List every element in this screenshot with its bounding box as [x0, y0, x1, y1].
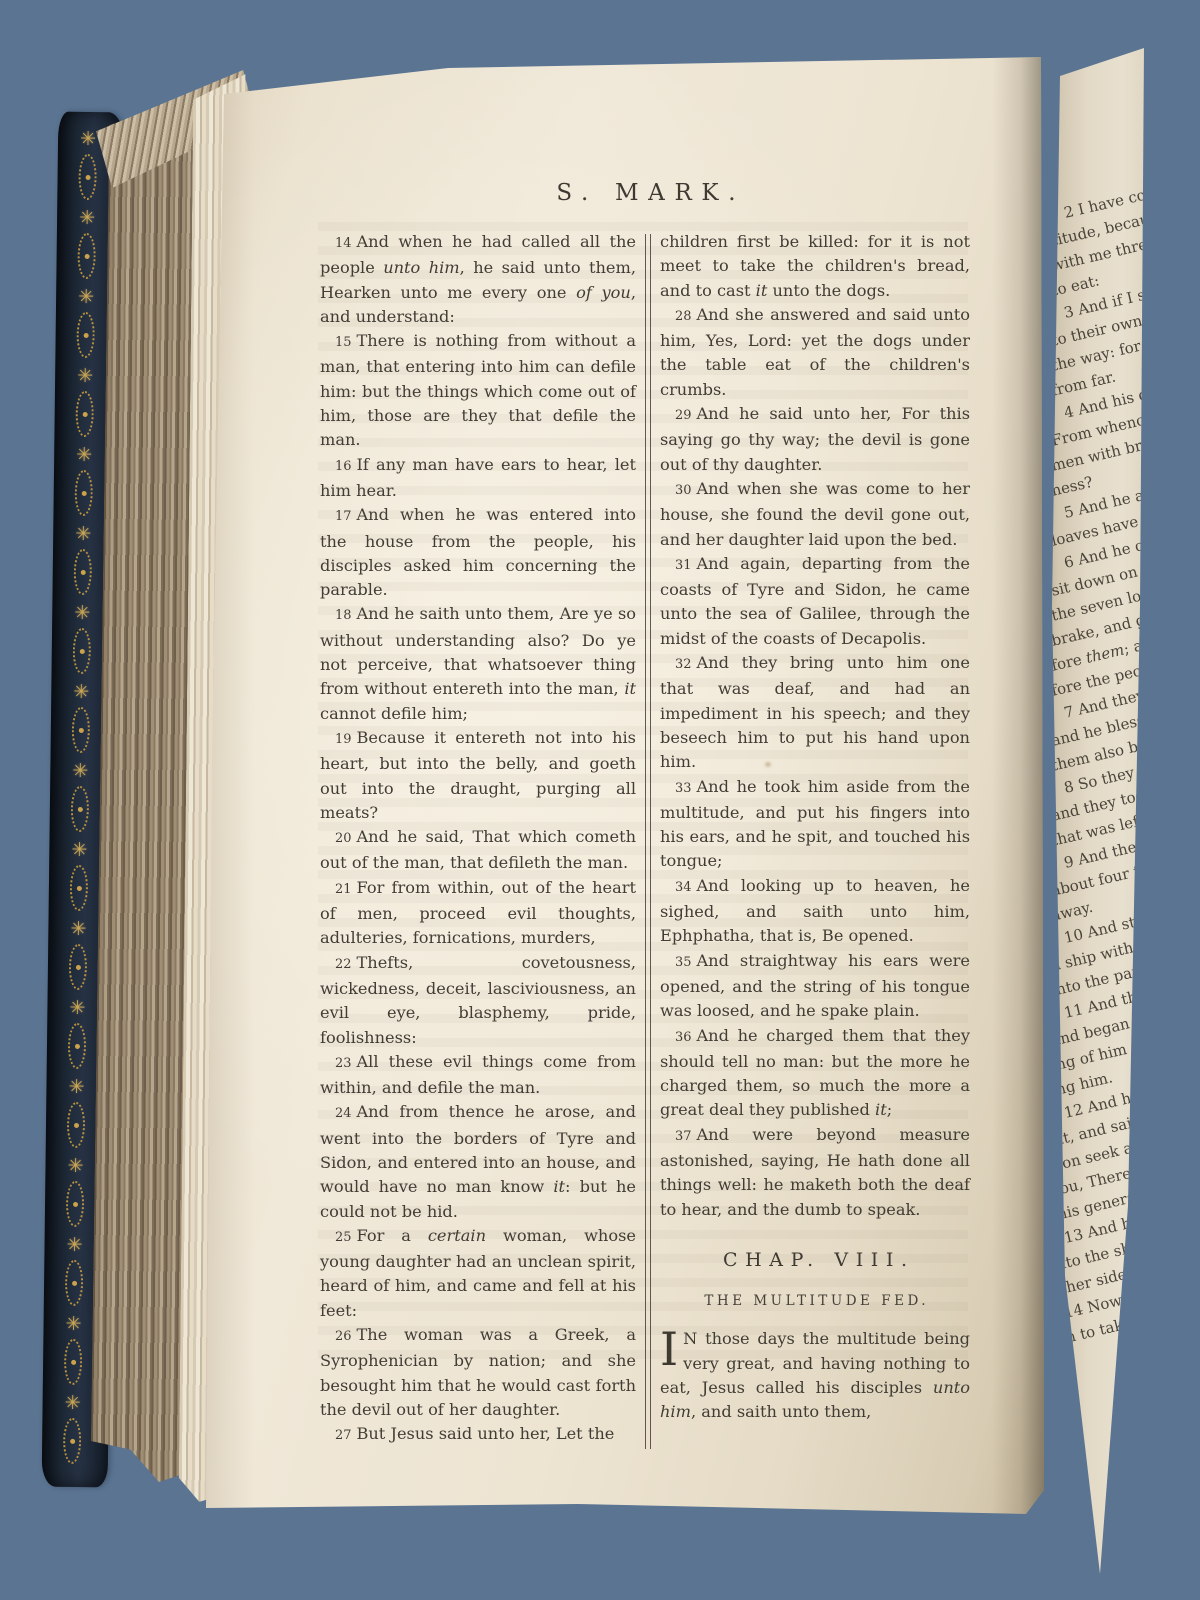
- gold-wreath-oval-icon: [74, 470, 93, 516]
- verse-number: 23: [335, 1056, 351, 1071]
- gold-wreath-oval-icon: [75, 391, 94, 437]
- spine-ornament-unit: ✳: [66, 1155, 85, 1231]
- verse-number: 28: [675, 309, 691, 324]
- verse-paragraph: 33And he took him aside from the multitu…: [660, 775, 970, 874]
- verse-paragraph: 16If any man have ears to hear, let him …: [320, 453, 636, 504]
- verse-number: 22: [335, 957, 351, 972]
- verse-number: 16: [335, 459, 351, 474]
- gold-star-icon: ✳: [78, 286, 94, 308]
- verse-paragraph: 26The woman was a Greek, a Syrophenician…: [320, 1323, 636, 1422]
- foxing-spot: [765, 762, 771, 767]
- verse-paragraph: 18And he saith unto them, Are ye so with…: [320, 602, 636, 725]
- gold-wreath-oval-icon: [63, 1418, 82, 1464]
- verse-number: 24: [335, 1106, 351, 1121]
- verse-paragraph: 27But Jesus said unto her, Let the: [320, 1422, 636, 1448]
- gold-star-icon: ✳: [80, 128, 96, 150]
- verse-paragraph: 17And when he was entered into the house…: [320, 503, 636, 602]
- gold-wreath-oval-icon: [68, 1023, 87, 1069]
- verse-paragraph: 30And when she was come to her house, sh…: [660, 477, 970, 552]
- verse-number: 19: [335, 732, 351, 747]
- verse-paragraph: 28And she answered and said unto him, Ye…: [660, 303, 970, 402]
- verse-paragraph: 25For a certain woman, whose young daugh…: [320, 1224, 636, 1323]
- right-column-verses: 28And she answered and said unto him, Ye…: [660, 303, 970, 1222]
- verse-number: 27: [335, 1428, 351, 1443]
- spine-ornament-unit: ✳: [68, 997, 87, 1073]
- verse-number: 15: [335, 335, 351, 350]
- spine-ornament-unit: ✳: [71, 760, 90, 836]
- verse-paragraph: 29And he said unto her, For this saying …: [660, 402, 970, 477]
- spine-ornament-unit: ✳: [77, 207, 96, 283]
- verse-number: 37: [675, 1129, 691, 1144]
- gold-wreath-oval-icon: [73, 549, 92, 595]
- verse-paragraph: 34And looking up to heaven, he sighed, a…: [660, 874, 970, 949]
- verse-paragraph: 32And they bring unto him one that was d…: [660, 651, 970, 774]
- spine-ornament-unit: ✳: [72, 602, 91, 678]
- gold-star-icon: ✳: [70, 918, 86, 940]
- gold-wreath-oval-icon: [64, 1339, 83, 1385]
- text-columns: 14And when he had called all the people …: [320, 230, 972, 1449]
- gold-star-icon: ✳: [71, 839, 87, 861]
- right-page-text: 2 I have comptitude, because thwith me t…: [1052, 204, 1200, 1354]
- chapter-opening-text: N those days the multitude being very gr…: [660, 1329, 970, 1421]
- gold-wreath-oval-icon: [73, 628, 92, 674]
- verse-number: 29: [675, 408, 691, 423]
- gutter-shadow: [992, 52, 1044, 1520]
- verse-number: 26: [335, 1329, 351, 1344]
- gold-wreath-oval-icon: [67, 1102, 86, 1148]
- page-content: S. MARK. 14And when he had called all th…: [320, 180, 972, 1449]
- verse-number: 31: [675, 558, 691, 573]
- spine-ornament-unit: ✳: [65, 1234, 84, 1310]
- continuation-paragraph: children first be killed: for it is not …: [660, 230, 970, 303]
- verse-number: 34: [675, 880, 691, 895]
- right-page: 2 I have comptitude, because thwith me t…: [1040, 46, 1154, 1588]
- gold-star-icon: ✳: [65, 1392, 81, 1414]
- spine-ornament-unit: ✳: [78, 128, 97, 204]
- spine-ornament-unit: ✳: [70, 839, 89, 915]
- chapter-opening: IN those days the multitude being very g…: [660, 1327, 970, 1424]
- gold-star-icon: ✳: [69, 997, 85, 1019]
- left-column: 14And when he had called all the people …: [320, 230, 636, 1449]
- gold-wreath-oval-icon: [78, 154, 97, 200]
- gold-star-icon: ✳: [68, 1076, 84, 1098]
- verse-paragraph: 36And he charged them that they should t…: [660, 1024, 970, 1123]
- verse-paragraph: 22Thefts, covetousness, wickedness, dece…: [320, 951, 636, 1050]
- book-photo: ✳✳✳✳✳✳✳✳✳✳✳✳✳✳✳✳✳ S. MARK. 14And when he…: [0, 0, 1200, 1600]
- gold-wreath-oval-icon: [69, 944, 88, 990]
- gold-wreath-oval-icon: [72, 707, 91, 753]
- verse-number: 17: [335, 509, 351, 524]
- column-divider: [645, 234, 651, 1449]
- verse-paragraph: 35And straightway his ears were opened, …: [660, 949, 970, 1024]
- verse-number: 14: [335, 236, 351, 251]
- gold-star-icon: ✳: [74, 602, 90, 624]
- verse-number: 21: [335, 882, 351, 897]
- foxing-spot: [846, 1082, 851, 1086]
- spine-ornament-unit: ✳: [74, 444, 93, 520]
- spine-ornament-unit: ✳: [69, 918, 88, 994]
- gold-star-icon: ✳: [66, 1234, 82, 1256]
- verse-number: 18: [335, 608, 351, 623]
- gold-wreath-oval-icon: [66, 1181, 85, 1227]
- gold-star-icon: ✳: [72, 760, 88, 782]
- spine-ornament-unit: ✳: [64, 1313, 83, 1389]
- verse-paragraph: 37And were beyond measure astonished, sa…: [660, 1123, 970, 1222]
- spine-ornament-unit: ✳: [67, 1076, 86, 1152]
- verse-number: 36: [675, 1030, 691, 1045]
- gold-star-icon: ✳: [77, 365, 93, 387]
- spine-ornament-unit: ✳: [72, 681, 91, 757]
- gold-star-icon: ✳: [67, 1155, 83, 1177]
- verse-number: 33: [675, 781, 691, 796]
- chapter-heading: CHAP. VIII.: [660, 1248, 970, 1272]
- left-page: S. MARK. 14And when he had called all th…: [198, 52, 1044, 1520]
- verse-paragraph: 19Because it entereth not into his heart…: [320, 726, 636, 825]
- gold-star-icon: ✳: [79, 207, 95, 229]
- verse-number: 20: [335, 831, 351, 846]
- verse-paragraph: 21For from within, out of the heart of m…: [320, 876, 636, 951]
- verse-paragraph: 23All these evil things come from within…: [320, 1050, 636, 1101]
- verse-paragraph: 20And he said, That which cometh out of …: [320, 825, 636, 876]
- verse-number: 30: [675, 483, 691, 498]
- right-column: children first be killed: for it is not …: [660, 230, 970, 1449]
- gold-star-icon: ✳: [76, 444, 92, 466]
- verse-number: 32: [675, 657, 691, 672]
- gold-star-icon: ✳: [73, 681, 89, 703]
- spine-ornament-unit: ✳: [75, 365, 94, 441]
- verse-number: 25: [335, 1230, 351, 1245]
- gold-star-icon: ✳: [75, 523, 91, 545]
- verse-paragraph: 31And again, departing from the coasts o…: [660, 552, 970, 651]
- spine-ornament-unit: ✳: [73, 523, 92, 599]
- gold-wreath-oval-icon: [70, 865, 89, 911]
- gold-wreath-oval-icon: [76, 312, 95, 358]
- verse-number: 35: [675, 955, 691, 970]
- drop-cap: I: [660, 1329, 678, 1369]
- verse-paragraph: 24And from thence he arose, and went int…: [320, 1100, 636, 1223]
- gold-wreath-oval-icon: [77, 233, 96, 279]
- spine-ornament-unit: ✳: [76, 286, 95, 362]
- running-header: S. MARK.: [320, 180, 972, 206]
- gold-star-icon: ✳: [65, 1313, 81, 1335]
- gold-wreath-oval-icon: [71, 786, 90, 832]
- gold-wreath-oval-icon: [65, 1260, 84, 1306]
- chapter-subtitle: THE MULTITUDE FED.: [660, 1289, 970, 1313]
- spine-ornament-unit: ✳: [63, 1392, 82, 1468]
- verse-paragraph: 14And when he had called all the people …: [320, 230, 636, 329]
- verse-paragraph: 15There is nothing from without a man, t…: [320, 329, 636, 452]
